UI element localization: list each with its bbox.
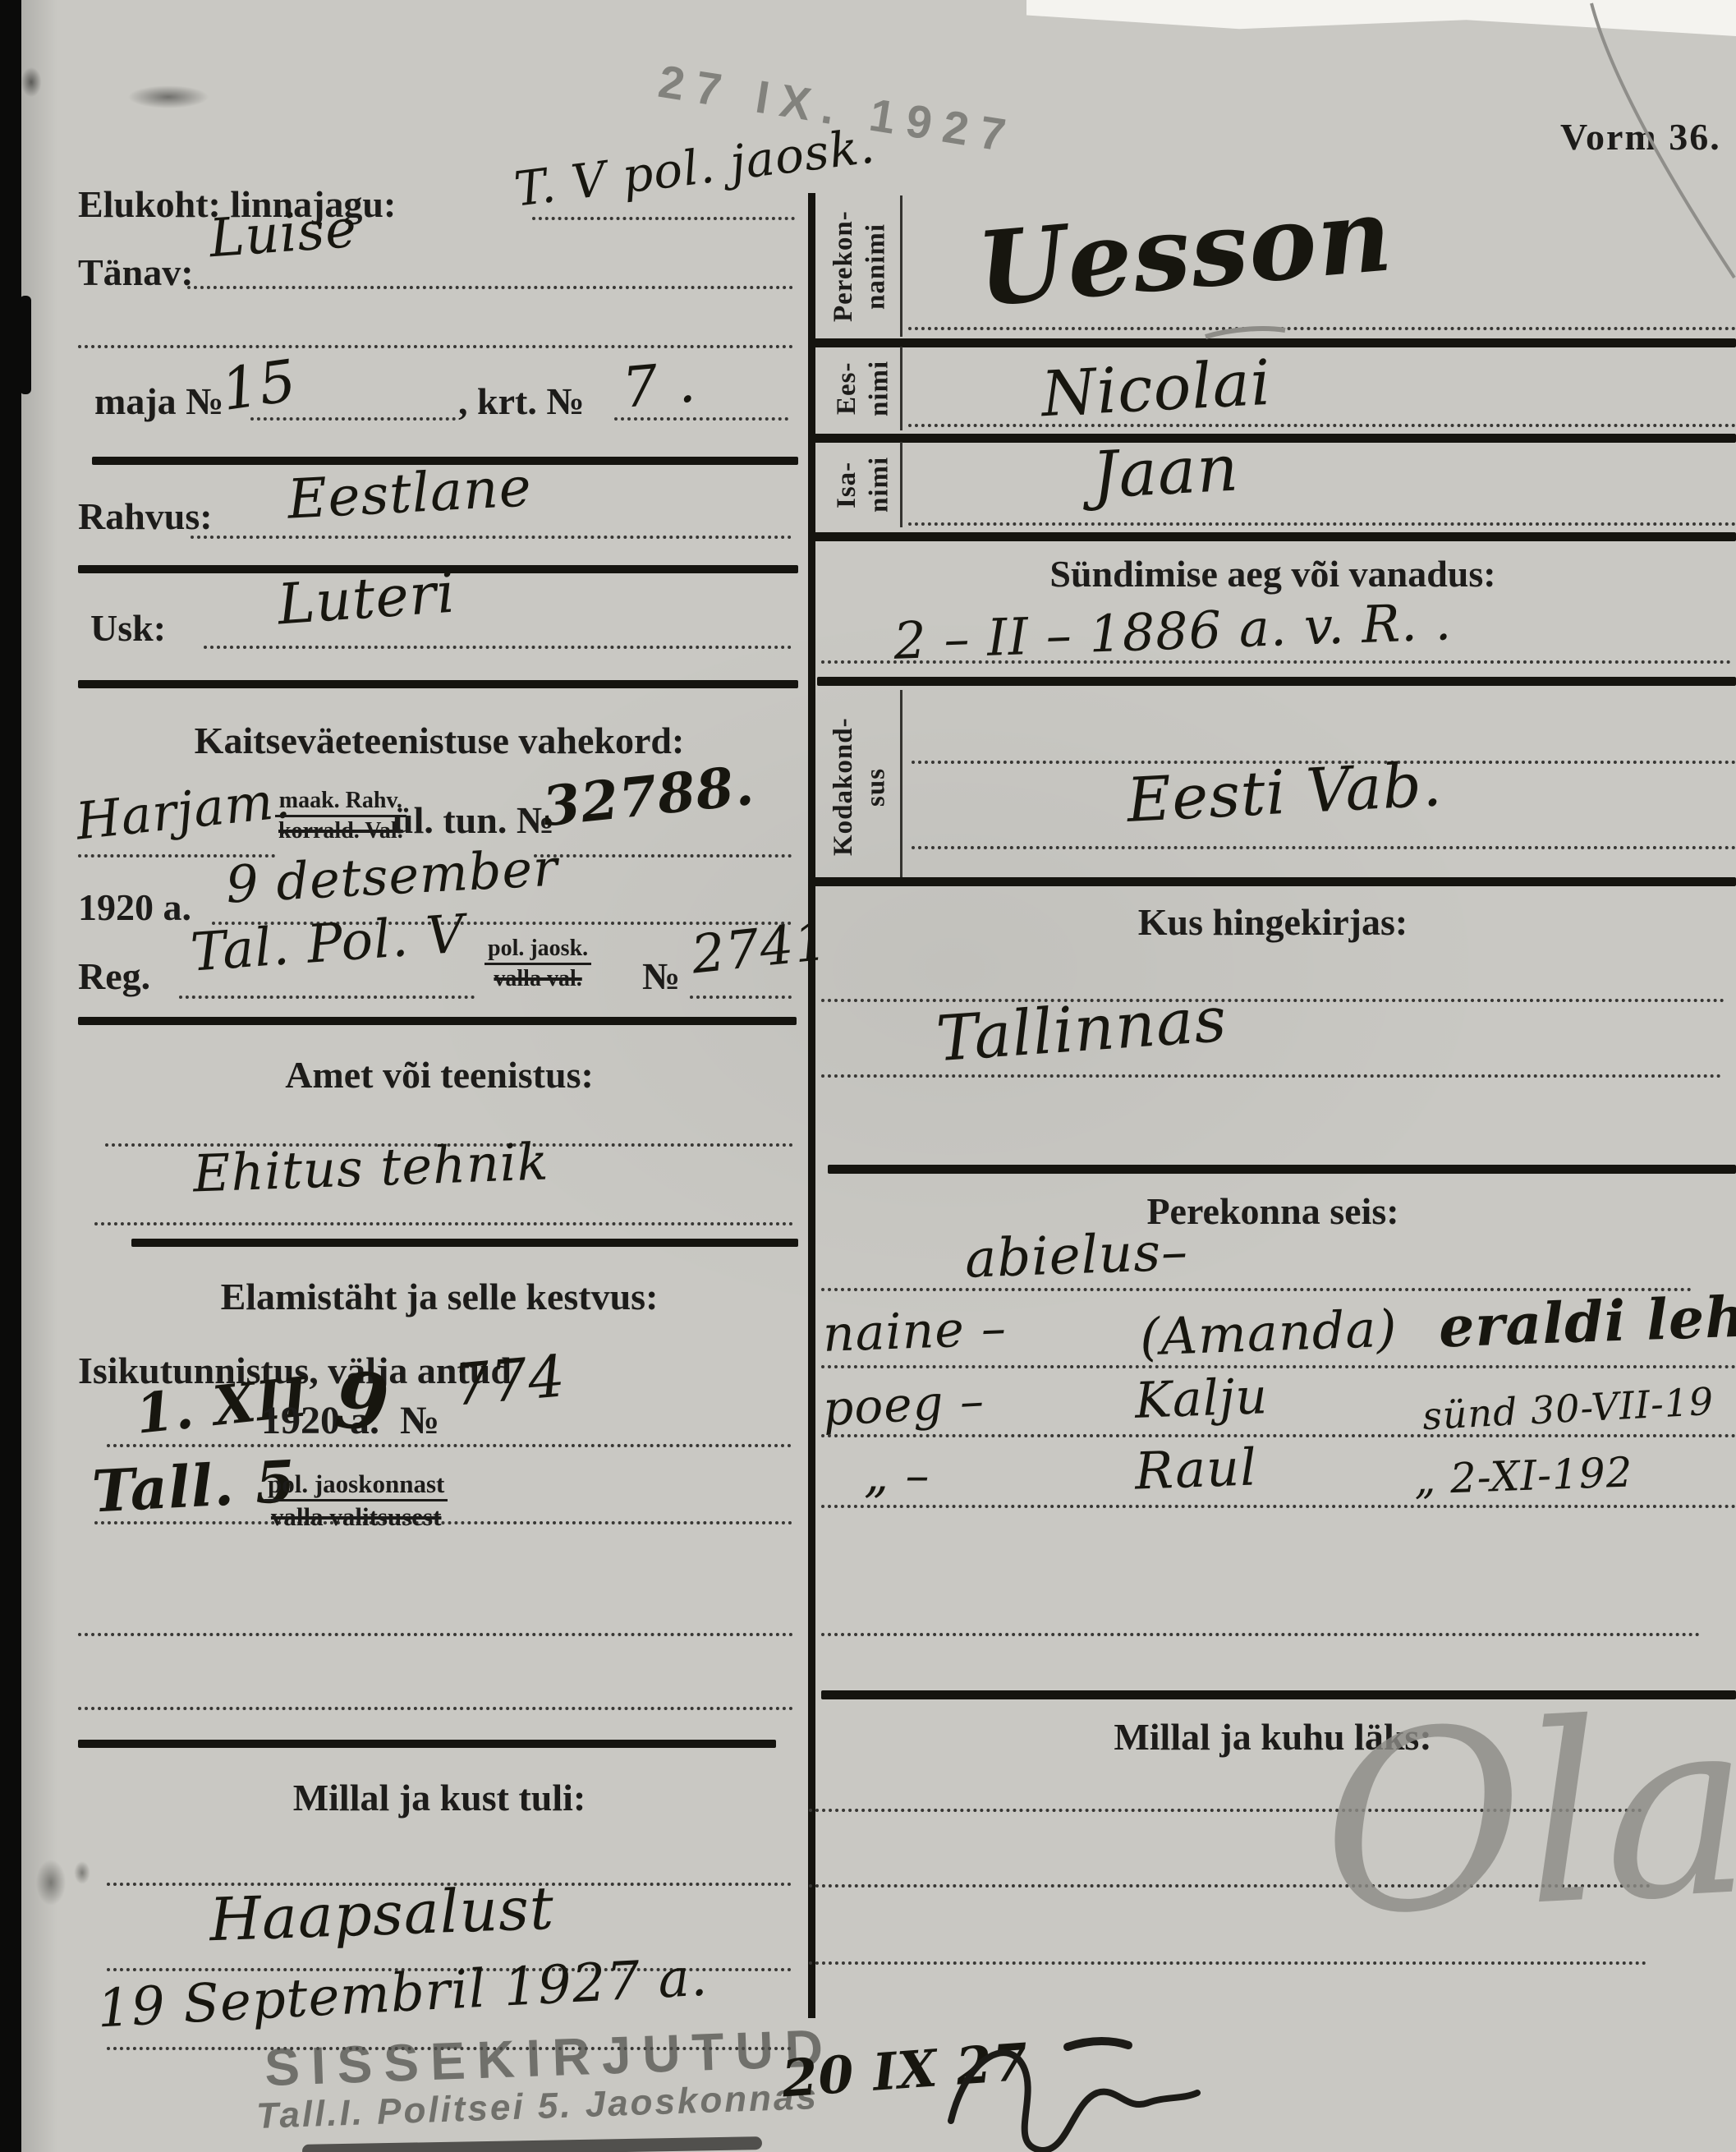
horizontal-rule: [828, 1165, 1736, 1174]
horizontal-rule: [78, 1740, 776, 1748]
perekonnanimi-label: Perekon- nanimi: [828, 199, 893, 333]
reg-authority-top: pol. jaosk.: [485, 935, 591, 965]
seis-row2-note: eraldi leh: [1438, 1284, 1736, 1360]
horizontal-rule: [78, 1017, 797, 1025]
dotted-line: [912, 846, 1736, 849]
horizontal-rule: [78, 680, 798, 688]
kaitse-mid-label: ül. tun. №: [393, 798, 554, 842]
dotted-line: [908, 522, 1736, 526]
dotted-line: [821, 1505, 1736, 1508]
field-maja-label: maja №: [94, 379, 223, 423]
seis-row3-rel: poeg –: [821, 1373, 985, 1437]
form-number: Vorm 36.: [1560, 115, 1721, 159]
dotted-line: [821, 1365, 1736, 1368]
horizontal-rule: [808, 338, 1736, 347]
dotted-line: [809, 1961, 1646, 1965]
dotted-line: [78, 1707, 793, 1710]
label-cell-divider: [900, 347, 902, 430]
isiku-authority-top: pol. jaoskonnast: [264, 1469, 448, 1501]
field-tanav-value: Luise: [208, 199, 360, 269]
signature-flourish: [1068, 2041, 1128, 2047]
kaitse-authority-options: maak. Rahv. korrald. Val.: [275, 787, 406, 844]
horizontal-rule: [131, 1239, 798, 1247]
seis-heading: Perekonna seis:: [821, 1189, 1725, 1233]
horizontal-rule: [808, 434, 1736, 443]
scan-edge-notch: [20, 296, 31, 394]
eesnimi-value: Nicolai: [1040, 346, 1273, 431]
reg-authority-options: pol. jaosk. valla val.: [485, 935, 591, 992]
dotted-line: [94, 1222, 793, 1225]
dotted-line: [534, 854, 792, 858]
reg-hand-value: Tal. Pol. V: [189, 904, 467, 983]
seis-row4-note: „ 2-XI-192: [1413, 1448, 1633, 1503]
seis-row3-name: Kalju: [1134, 1368, 1269, 1430]
isiku-no-label: №: [400, 1398, 439, 1443]
field-maja-value: 15: [218, 347, 301, 424]
seis-row2-name: (Amanda): [1139, 1299, 1398, 1368]
horizontal-rule: [808, 877, 1736, 886]
scan-edge: [0, 0, 21, 2152]
label-cell-divider: [900, 195, 902, 337]
kaitse-number-value: 32788.: [540, 753, 757, 839]
seis-row2-rel: naine –: [822, 1299, 1008, 1363]
seis-row4-rel: „ –: [864, 1447, 930, 1503]
hingekiri-value: Tallinnas: [934, 982, 1229, 1075]
hingekiri-heading: Kus hingekirjas:: [821, 900, 1725, 944]
kaitse-authority-bottom-struck: korrald. Val.: [275, 817, 406, 845]
field-krt-label: , krt. №: [458, 379, 585, 423]
dotted-line: [532, 217, 795, 220]
dotted-line: [250, 417, 456, 421]
section-tuli-heading: Millal ja kust tuli:: [78, 1776, 801, 1819]
perekonnanimi-value: Uesson: [973, 175, 1397, 330]
section-kaitse-heading: Kaitseväeteenistuse vahekord:: [78, 719, 801, 762]
kaitse-authority-top: maak. Rahv.: [275, 787, 406, 817]
horizontal-rule: [817, 677, 1736, 686]
eesnimi-label: Ees- nimi: [831, 348, 896, 429]
dotted-line: [78, 1633, 793, 1636]
dotted-line: [821, 1434, 1736, 1437]
dotted-line: [821, 1074, 1721, 1078]
kaitse-date-value: 9 detsember: [224, 837, 559, 914]
tuli-place-value: Haapsalust: [209, 1874, 556, 1955]
isiku-number-value: 774: [451, 1342, 568, 1419]
field-rahvus-label: Rahvus:: [78, 494, 213, 538]
registration-card: Vorm 36. 27 IX. 1927 Elukoht: linnajagu:…: [0, 0, 1736, 2152]
kodakondsus-label: Kodakond- sus: [828, 705, 893, 869]
section-elamistaht-heading: Elamistäht ja selle kestvus:: [78, 1275, 801, 1318]
field-usk-value: Luteri: [276, 561, 458, 638]
dotted-line: [179, 996, 475, 999]
field-elukoht-value: T. V pol. jaosk.: [512, 117, 879, 217]
label-cell-divider: [900, 442, 902, 527]
registration-stamp-line3-cut: [302, 2136, 762, 2152]
dotted-line: [187, 286, 793, 289]
dotted-line: [107, 1444, 792, 1447]
laks-pencil-note: Olale: [1315, 1650, 1736, 1970]
isiku-authority-options: pol. jaoskonnast valla valitsusest: [264, 1469, 448, 1532]
sund-heading: Sündimise aeg või vanadus:: [821, 552, 1725, 595]
dotted-line: [908, 327, 1736, 330]
field-usk-label: Usk:: [90, 606, 166, 650]
isiku-year-overwrite: 9: [332, 1355, 393, 1449]
amet-value: Ehitus tehnik: [192, 1131, 550, 1203]
section-amet-heading: Amet või teenistus:: [78, 1053, 801, 1097]
dotted-line: [78, 345, 793, 348]
horizontal-rule: [808, 532, 1736, 541]
dotted-line: [908, 424, 1736, 427]
kaitse-district-value: Harjam.: [73, 769, 294, 851]
isanimi-label: Isa- nimi: [831, 444, 896, 526]
field-tanav-label: Tänav:: [78, 251, 194, 294]
dotted-line: [191, 536, 792, 539]
dotted-line: [204, 646, 792, 649]
reg-authority-bottom-struck: valla val.: [485, 965, 591, 993]
isanimi-value: Jaan: [1091, 431, 1241, 513]
kaitse-year-label: 1920 a.: [78, 885, 191, 929]
seis-row3-note: sünd 30-VII-19: [1421, 1379, 1715, 1439]
column-divider: [808, 193, 815, 2018]
reg-no-label: №: [642, 954, 680, 998]
reg-label: Reg.: [78, 954, 150, 998]
sund-value: 2 – II – 1886 a. v. R. .: [893, 591, 1453, 671]
field-krt-value: 7 .: [620, 350, 699, 421]
label-cell-divider: [900, 690, 902, 877]
dotted-line: [821, 1633, 1700, 1636]
field-rahvus-value: Eestlane: [286, 455, 533, 531]
seis-status-value: abielus–: [964, 1221, 1189, 1290]
page-corner-tear: [1026, 0, 1736, 36]
dotted-line: [690, 996, 792, 999]
isiku-authority-bottom-struck: valla valitsusest: [264, 1501, 448, 1532]
seis-row4-name: Raul: [1134, 1437, 1258, 1501]
